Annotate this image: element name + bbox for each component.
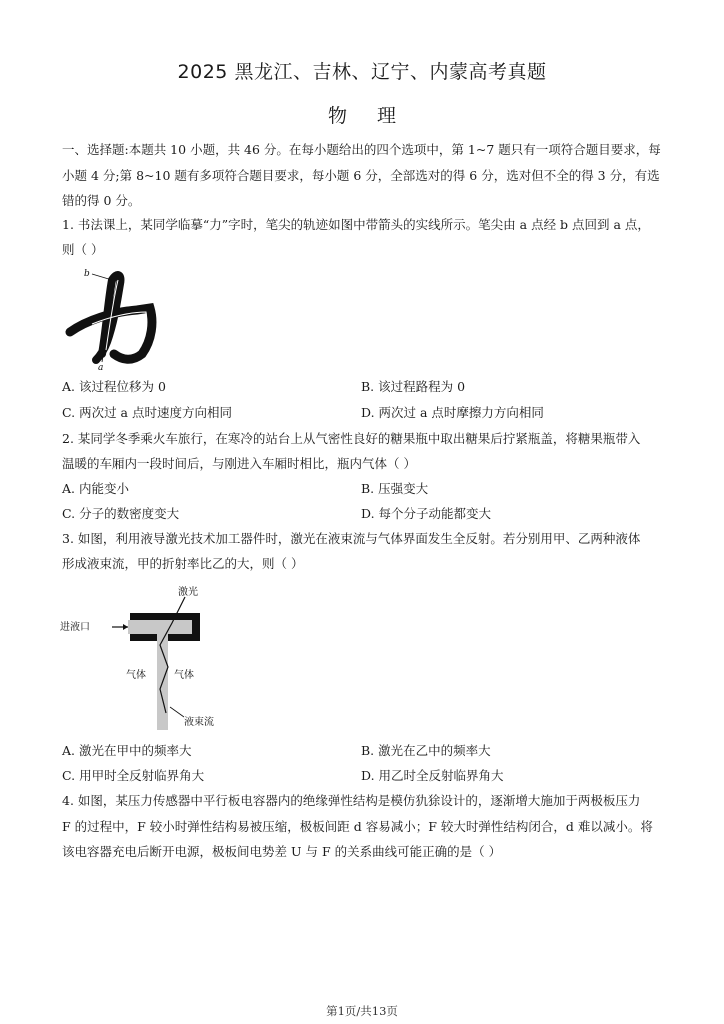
laser-label: 激光 bbox=[178, 585, 198, 598]
section-instructions-line-2: 小题 4 分;第 8~10 题有多项符合题目要求，每小题 6 分，全部选对的得 … bbox=[62, 167, 660, 185]
page-number: 第1页/共13页 bbox=[0, 1003, 724, 1019]
gas-label-right: 气体 bbox=[174, 668, 194, 681]
q1-stem-line-2: 则（ ） bbox=[62, 241, 103, 259]
q4-stem-line-2: F 的过程中，F 较小时弹性结构易被压缩，极板间距 d 容易减小；F 较大时弹性… bbox=[62, 818, 653, 836]
section-instructions-line-3: 错的得 0 分。 bbox=[62, 192, 140, 210]
q2-option-c: C. 分子的数密度变大 bbox=[62, 505, 179, 523]
subject-title: 物理 bbox=[0, 101, 724, 128]
q3-option-c: C. 用甲时全反射临界角大 bbox=[62, 767, 204, 785]
section-instructions-line-1: 一、选择题:本题共 10 小题，共 46 分。在每小题给出的四个选项中，第 1~… bbox=[62, 141, 661, 159]
q1-option-d: D. 两次过 a 点时摩擦力方向相同 bbox=[361, 404, 544, 422]
q1-option-a: A. 该过程位移为 0 bbox=[62, 378, 166, 396]
q3-option-d: D. 用乙时全反射临界角大 bbox=[361, 767, 504, 785]
q2-option-b: B. 压强变大 bbox=[361, 480, 428, 498]
q2-stem-line-1: 2. 某同学冬季乘火车旅行，在寒冷的站台上从气密性良好的糖果瓶中取出糖果后拧紧瓶… bbox=[62, 430, 640, 448]
gas-label-left: 气体 bbox=[126, 668, 146, 681]
q3-option-b: B. 激光在乙中的频率大 bbox=[361, 742, 491, 760]
point-b-label: b bbox=[84, 269, 90, 279]
q4-stem-line-1: 4. 如图，某压力传感器中平行板电容器内的绝缘弹性结构是模仿犰狳设计的，逐渐增大… bbox=[62, 792, 640, 810]
liquid-jet-laser-diagram-icon: 激光 进液口 气体 气体 液束流 bbox=[60, 585, 250, 735]
liquid-inlet-label: 进液口 bbox=[60, 620, 90, 633]
q3-stem-line-1: 3. 如图，利用液导激光技术加工器件时，激光在液束流与气体界面发生全反射。若分别… bbox=[62, 530, 640, 548]
liquid-jet-label: 液束流 bbox=[184, 715, 214, 728]
q4-stem-line-3: 该电容器充电后断开电源，极板间电势差 U 与 F 的关系曲线可能正确的是（ ） bbox=[62, 843, 501, 861]
q2-option-d: D. 每个分子动能都变大 bbox=[361, 505, 491, 523]
q3-stem-line-2: 形成液束流，甲的折射率比乙的大，则（ ） bbox=[62, 555, 303, 573]
page-title: 2025 黑龙江、吉林、辽宁、内蒙高考真题 bbox=[0, 57, 724, 84]
q2-option-a: A. 内能变小 bbox=[62, 480, 129, 498]
q1-option-b: B. 该过程路程为 0 bbox=[361, 378, 465, 396]
calligraphy-li-character-icon: b a bbox=[62, 262, 170, 370]
q1-option-c: C. 两次过 a 点时速度方向相同 bbox=[62, 404, 232, 422]
q1-stem-line-1: 1. 书法课上，某同学临摹“力”字时，笔尖的轨迹如图中带箭头的实线所示。笔尖由 … bbox=[62, 216, 650, 234]
q2-stem-line-2: 温暖的车厢内一段时间后，与刚进入车厢时相比，瓶内气体（ ） bbox=[62, 455, 416, 473]
point-a-label: a bbox=[98, 363, 103, 370]
q3-option-a: A. 激光在甲中的频率大 bbox=[62, 742, 191, 760]
